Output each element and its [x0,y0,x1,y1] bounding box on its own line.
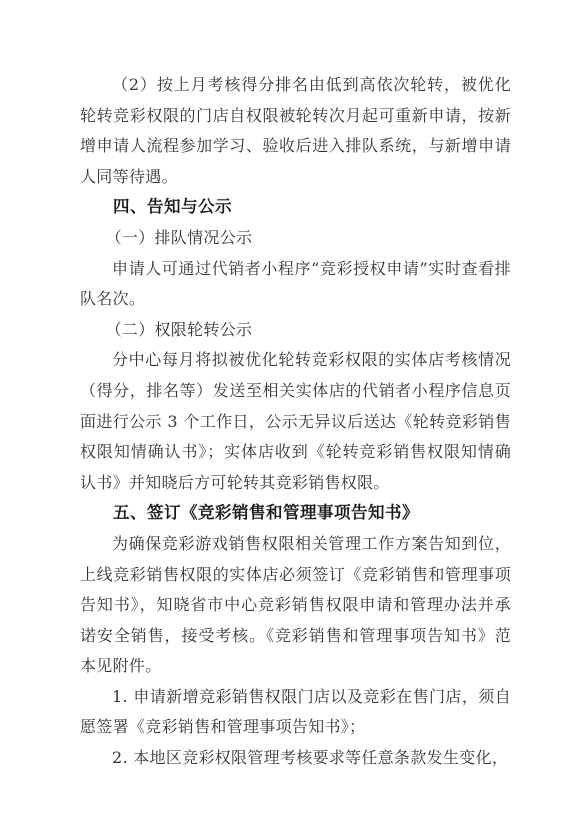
heading-section-four-notice-publicity: 四、告知与公示 [80,192,511,223]
document-text-block: （2）按上月考核得分排名由低到高依次轮转，被优化轮转竞彩权限的门店自权限被轮转次… [80,70,511,774]
list-item-1-voluntary-signing: 1. 申请新增竞彩销售权限门店以及竞彩在售门店，须自愿签署《竞彩销售和管理事项告… [80,682,511,743]
paragraph-queue-rank-check: 申请人可通过代销者小程序“竞彩授权申请”实时查看排队名次。 [80,254,511,315]
document-page: （2）按上月考核得分排名由低到高依次轮转，被优化轮转竞彩权限的门店自权限被轮转次… [0,0,588,837]
subheading-permission-rotation-publicity: （二）权限轮转公示 [80,315,511,346]
list-item-2-terms-change: 2. 本地区竞彩权限管理考核要求等任意条款发生变化， [80,743,511,774]
paragraph-rotation-reapply: （2）按上月考核得分排名由低到高依次轮转，被优化轮转竞彩权限的门店自权限被轮转次… [80,70,511,192]
subheading-queue-status-publicity: （一）排队情况公示 [80,223,511,254]
heading-section-five-sign-notice: 五、签订《竞彩销售和管理事项告知书》 [80,498,511,529]
paragraph-notice-signing-requirement: 为确保竞彩游戏销售权限相关管理工作方案告知到位，上线竞彩销售权限的实体店必须签订… [80,529,511,682]
paragraph-rotation-publicity-procedure: 分中心每月将拟被优化轮转竞彩权限的实体店考核情况（得分，排名等）发送至相关实体店… [80,345,511,498]
